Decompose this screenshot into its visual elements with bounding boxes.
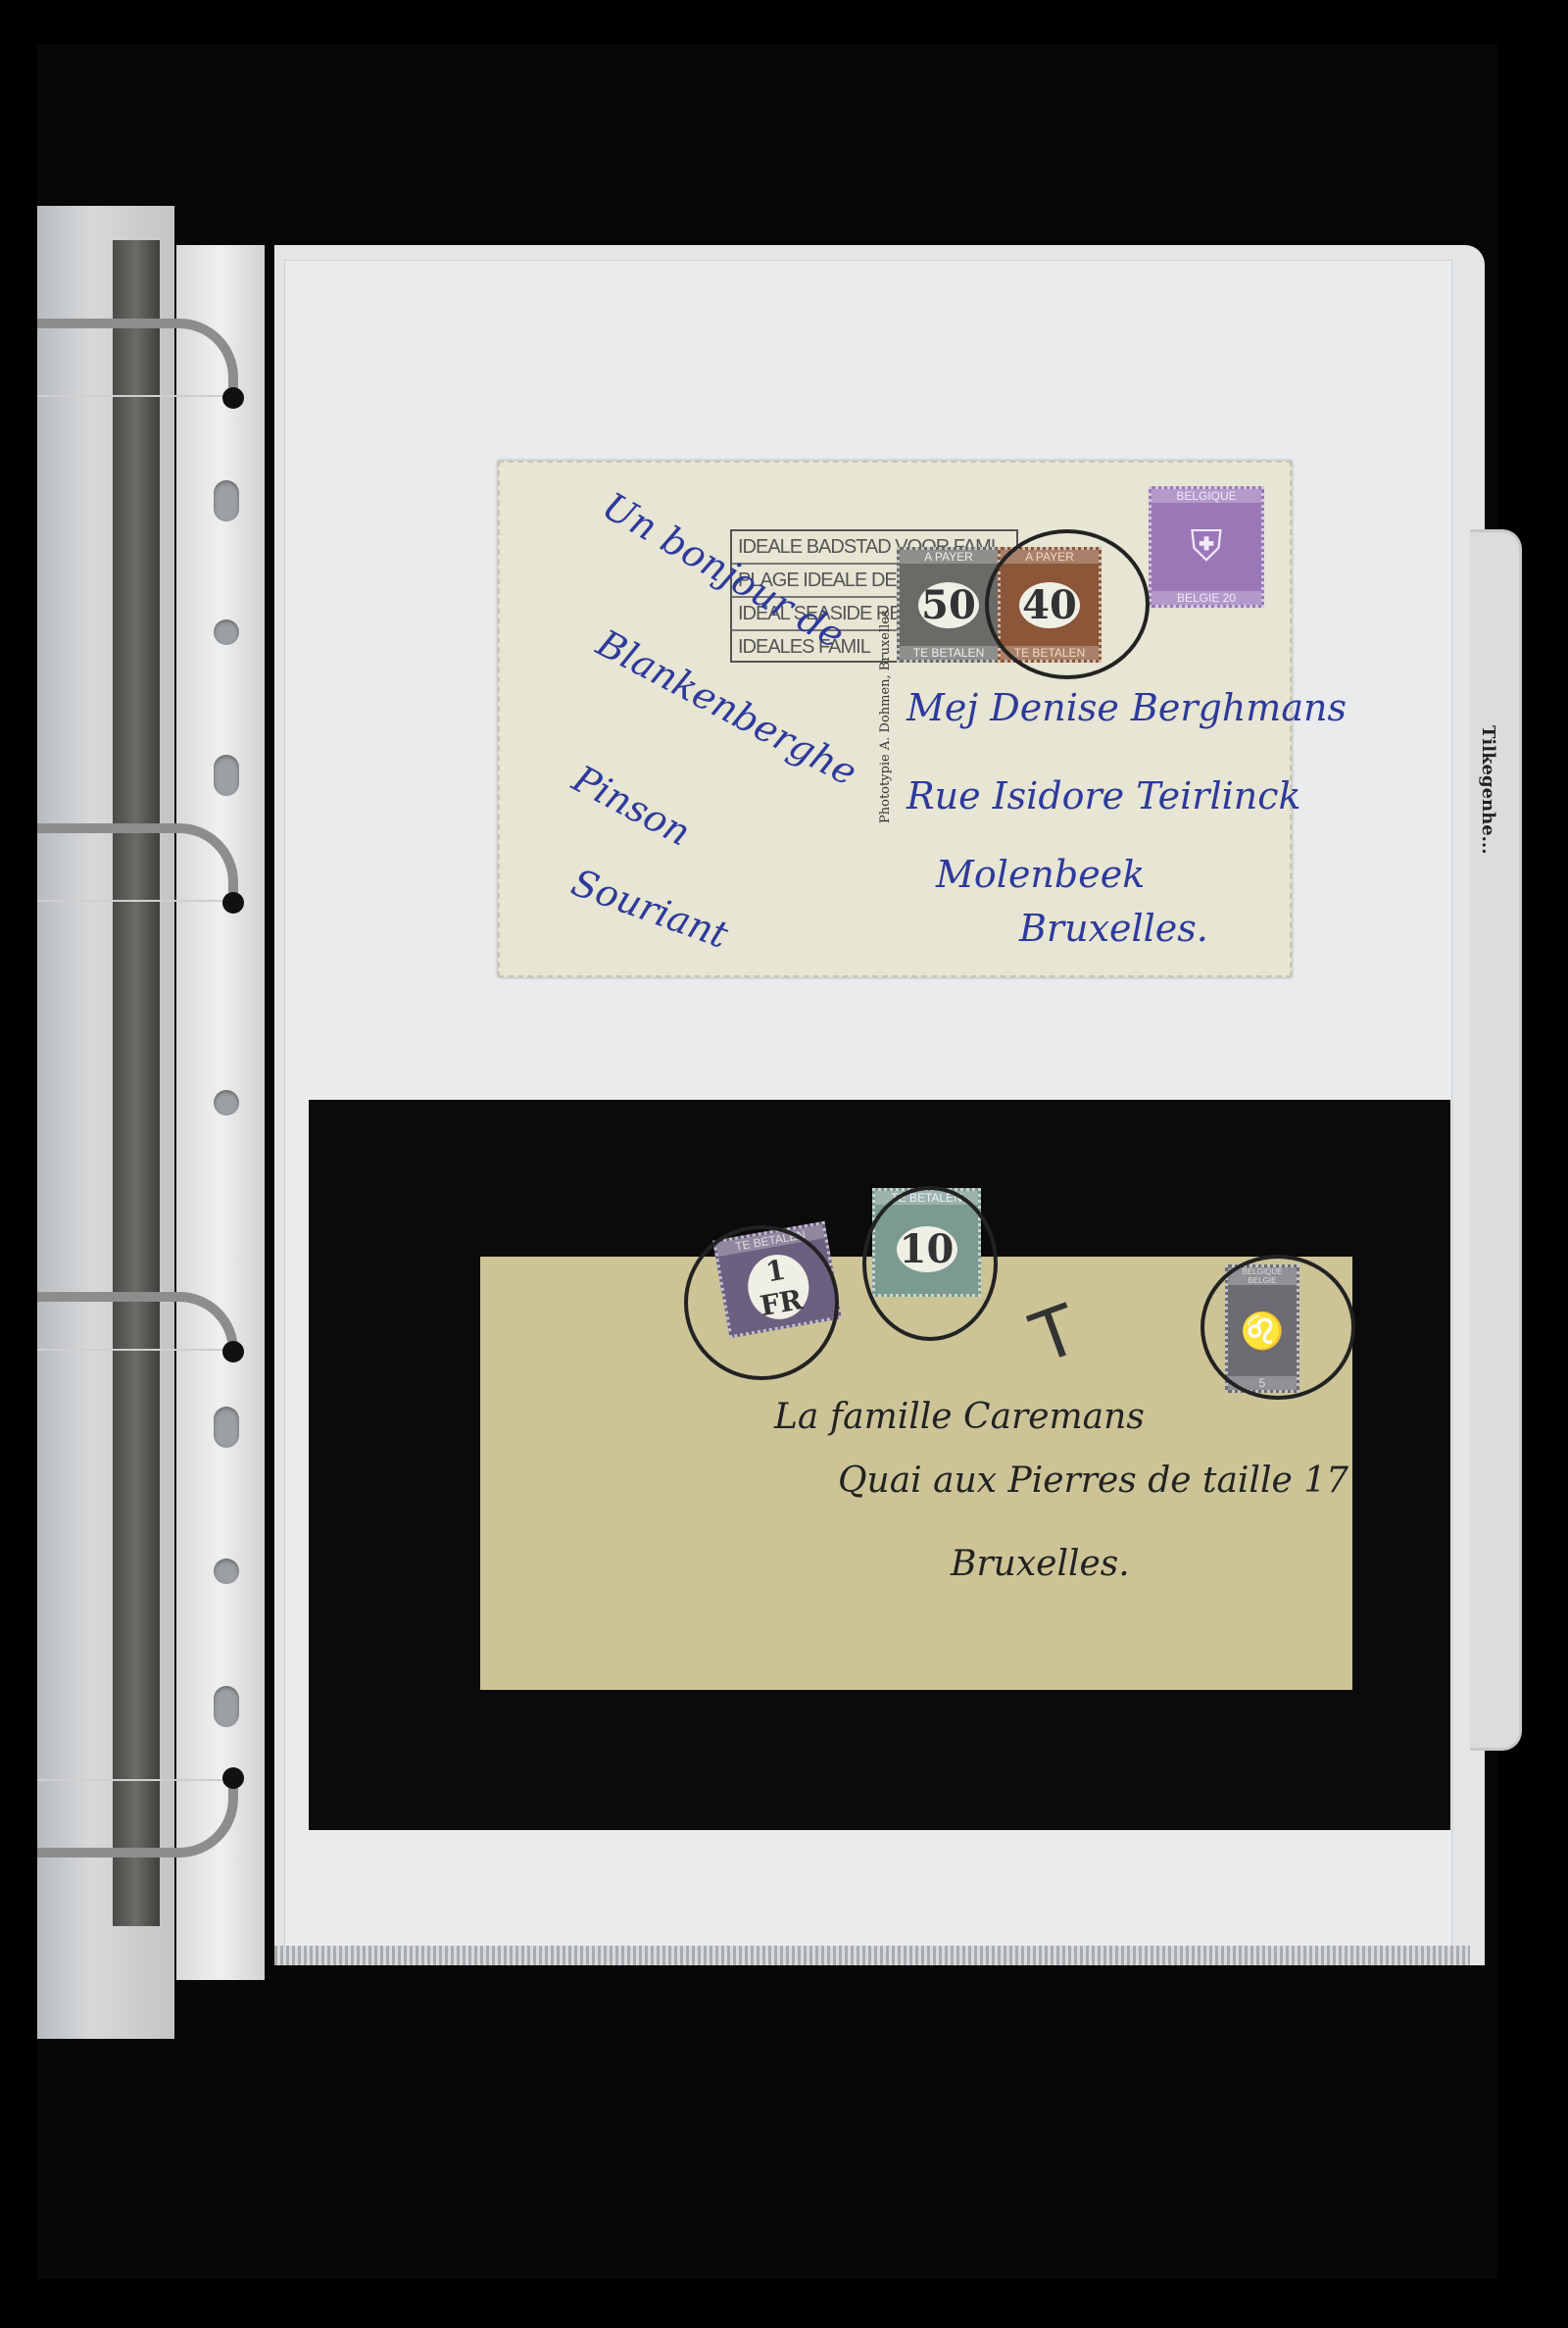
circular-cancel xyxy=(862,1186,998,1341)
address-line: Bruxelles. xyxy=(951,1544,1130,1584)
address-line: Rue Isidore Teirlinck xyxy=(906,774,1301,817)
circular-cancel xyxy=(985,529,1150,679)
punch-hole xyxy=(214,1407,239,1448)
circular-cancel xyxy=(684,1225,839,1380)
binder-ring xyxy=(37,1779,238,1857)
stamp-bottom-text: BELGIE 20 xyxy=(1151,591,1261,605)
divider-tab[interactable] xyxy=(1470,529,1522,1751)
divider-tab-label: Tilkegenhe... xyxy=(1478,725,1498,854)
stamp-value: 50 xyxy=(918,582,979,628)
stamp-bottom-text: TE BETALEN xyxy=(900,646,998,660)
address-line: Bruxelles. xyxy=(1019,907,1208,950)
circular-cancel xyxy=(1200,1255,1355,1400)
punch-hole xyxy=(214,755,239,796)
binder-ring xyxy=(37,823,238,902)
lion-shield-icon: ⛨ xyxy=(1191,522,1223,571)
sheet-edge xyxy=(274,1946,1470,1965)
photo-credit: Phototypie A. Dohmen, Bruxelles xyxy=(878,610,893,823)
punch-hole xyxy=(214,480,239,521)
address-line: Quai aux Pierres de taille 17 xyxy=(838,1461,1348,1501)
stamp-top-text: BELGIQUE xyxy=(1151,489,1261,503)
stamp-lion-20c[interactable]: BELGIQUE ⛨ BELGIE 20 xyxy=(1149,486,1264,608)
binder-ring xyxy=(37,1292,238,1351)
address-line: Mej Denise Berghmans xyxy=(906,686,1347,729)
address-line: Molenbeek xyxy=(936,853,1145,896)
punch-hole xyxy=(214,619,239,645)
stamp-top-text: A PAYER xyxy=(900,550,998,564)
punch-hole xyxy=(214,1686,239,1727)
binder-ring xyxy=(37,319,238,397)
punch-hole xyxy=(214,1559,239,1584)
punch-hole xyxy=(214,1090,239,1115)
address-line: La famille Caremans xyxy=(774,1397,1145,1437)
binder-mechanism xyxy=(113,240,160,1926)
